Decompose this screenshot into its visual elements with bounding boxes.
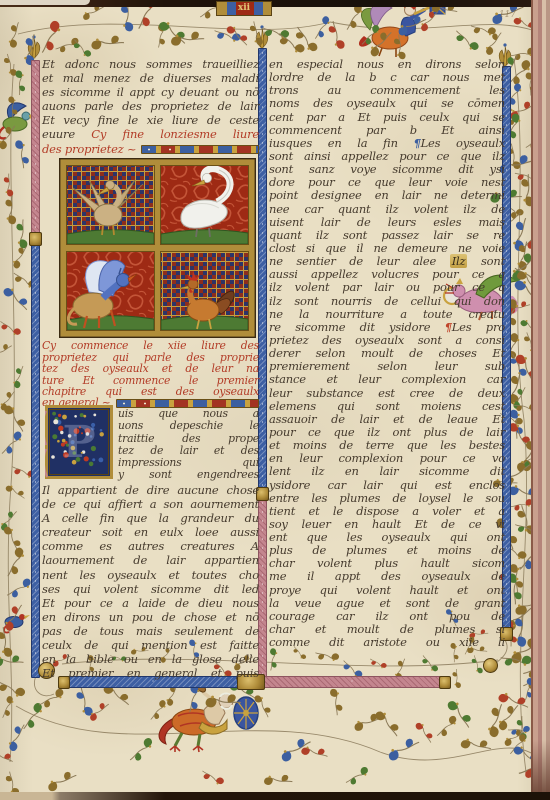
body-text: sont ainsi appellez pour ce que ilz: [269, 149, 505, 163]
body-text: courage car ilz ont pou de: [269, 609, 505, 623]
body-text: et moins de terre que les bestes: [269, 438, 505, 452]
gold-knot: [29, 232, 42, 246]
text-line: dore pour ce que leur voie nest: [269, 175, 505, 188]
text-line: ne la nourriture a toute creatu: [269, 307, 505, 320]
text-line: auons parle des proprietez de lair: [42, 99, 259, 113]
body-text: ¶: [445, 320, 452, 334]
body-text: char et moult de plumes si: [269, 622, 505, 636]
body-text: tient et le dispose a voler et a: [269, 504, 505, 518]
body-text: ¶: [413, 136, 420, 150]
body-text: nent les oyseaulx et toutes cho: [42, 568, 259, 582]
body-text: comme dit aristote ou xiie li: [269, 635, 505, 649]
body-text: entre les plumes de loysel le sou: [269, 491, 505, 505]
rubric-text: des proprietez ~: [42, 142, 136, 156]
text-line: soy leuer en hault Et de ce vi: [269, 517, 505, 530]
body-text: commencent par b Et ainsi: [269, 123, 505, 137]
text-line: trons au commencement les: [269, 83, 505, 96]
body-text: trons au commencement les: [269, 83, 505, 97]
text-line: en leur complexion pour ce vo: [269, 451, 505, 464]
body-text: char volent plus hault sicom: [269, 556, 505, 570]
text-line: en especial nous en dirons selon: [269, 57, 505, 70]
text-line: uis que nous a: [118, 407, 259, 419]
text-line: plus de plumes et moins de: [269, 543, 505, 556]
body-text: A celle fin que la grandeur du: [42, 511, 259, 525]
body-text: noms des oyseaulx qui se cōmen: [269, 96, 505, 110]
body-text: y sont engendrees: [118, 468, 259, 481]
text-line: tient et le dispose a voler et a: [269, 504, 505, 517]
text-line: entre les plumes de loysel le sou: [269, 491, 505, 504]
text-line: ceulx de qui mention est faitte: [42, 638, 259, 652]
text-line: point designee en lair ne determi: [269, 188, 505, 201]
initial-foliage-dot: [52, 434, 57, 439]
ivy-leaf-ornament: [413, 718, 436, 745]
miniature: [59, 158, 256, 342]
ivy-leaf-ornament: [513, 519, 541, 538]
ivy-leaf-ornament: [263, 772, 293, 787]
ivy-leaf-ornament: [132, 0, 162, 33]
body-text: la veue ague et sont de grant: [269, 596, 505, 610]
ivy-leaf-ornament: [3, 481, 27, 502]
body-text: euure: [42, 127, 91, 141]
text-line: char volent plus hault sicom: [269, 556, 505, 569]
ivy-leaf-ornament: [9, 364, 27, 390]
ivy-leaf-ornament: [14, 69, 26, 95]
text-line: Et pour ce a laide de dieu nous: [42, 596, 259, 610]
text-line: euure Cy fine lonziesme liure: [42, 127, 259, 141]
body-text: ceulx de qui mention est faitte: [42, 638, 259, 652]
ivy-leaf-ornament: [199, 766, 226, 789]
body-text: es sicomme il appt cy deuant ou nō: [42, 85, 259, 99]
body-text: Les oyseaulx: [421, 136, 505, 150]
ivy-leaf-ornament: [419, 653, 441, 676]
text-line: en la bible ou en la glose delle: [42, 652, 259, 666]
body-text: Et pour ce a laide de dieu nous: [42, 596, 259, 610]
ivy-leaf-ornament: [0, 282, 33, 315]
body-text: de ce qui affiert a son aournement: [42, 497, 259, 511]
text-line: Et vecy fine le xie liure de ceste: [42, 113, 259, 127]
body-text: auons parle des proprietez de lair: [42, 99, 259, 113]
body-text: uis que nous a: [118, 407, 259, 420]
text-line: comme dit aristote ou xiie li: [269, 635, 505, 648]
text-line: proye qui volent hault et ont: [269, 583, 505, 596]
ivy-leaf-ornament: [0, 626, 15, 660]
initial-foliage-dot: [58, 414, 61, 417]
initial-foliage-dot: [100, 432, 104, 436]
body-text: et mal menez de diuerses maladi: [42, 71, 259, 85]
body-text: lent ilz en lair sicomme dit: [269, 464, 505, 478]
ivy-leaf-ornament: [5, 21, 24, 50]
text-line: re sicomme dit ysidore ¶Les pro: [269, 320, 505, 333]
text-line: lordre de la b c car nous met: [269, 70, 505, 83]
text-line: ne sentier de leur alee Ilz sont: [269, 254, 505, 267]
body-text: aussi appellez volucres pour ce q: [269, 267, 505, 281]
ivy-leaf-ornament: [15, 219, 30, 249]
body-text: createur soit en eulx loee aussi: [42, 525, 259, 539]
line-filler-ornament: [141, 145, 259, 154]
text-line: premierement selon leur sub: [269, 359, 505, 372]
manuscript-page: P Et adonc nous sommes traueilliezet mal…: [0, 0, 550, 800]
center-border-bar-blue: [258, 48, 267, 490]
ivy-leaf-ornament: [0, 317, 23, 340]
body-text: soy leuer en hault Et de ce vi: [269, 517, 505, 531]
body-text: nee car quant ilz volent ilz de: [269, 202, 505, 216]
text-line: ses qui volent sicomme dit led: [42, 582, 259, 596]
body-text: stance et leur complexion car: [269, 372, 505, 386]
ivy-leaf-ornament: [521, 331, 540, 357]
initial-side-text: uis que nous auons depeschie letraittie …: [118, 407, 259, 481]
ivy-leaf-ornament: [518, 315, 543, 337]
body-text: cent par a Et puis ceulx qui se: [269, 110, 505, 124]
text-line: tez des oyseaulx et de leur na: [42, 362, 259, 374]
text-line: aussi appellez volucres pour ce q: [269, 267, 505, 280]
ivy-leaf-ornament: [458, 734, 492, 755]
chapter-rubric: Cy commence le xiie liure desproprietez …: [42, 339, 259, 409]
body-text: Et premier en general et puis: [42, 666, 259, 680]
text-line: chapitre qui est des oyseaulx: [42, 385, 259, 397]
initial-foliage-dot: [57, 440, 60, 443]
ivy-leaf-ornament: [510, 497, 535, 512]
text-line: leur substance est cree de deux: [269, 386, 505, 399]
ivy-leaf-ornament: [18, 699, 48, 733]
text-line: pas de tous mais seulement de: [42, 624, 259, 638]
illuminated-initial: P: [45, 405, 113, 479]
body-text: ne la nourriture a toute creatu: [269, 307, 505, 321]
text-line: ilz volent par lair ou pour ce q: [269, 280, 505, 293]
initial-foliage-dot: [93, 414, 96, 417]
pelican-panel: [67, 166, 154, 244]
body-text: clost si que il ne demeure ne voie: [269, 241, 505, 255]
body-text: en la bible ou en la glose delle: [42, 652, 259, 666]
text-line: laournement de lair appartien: [42, 553, 259, 567]
text-line: uisent lair de leurs esles mais: [269, 215, 505, 228]
text-line: en dirons un pou de chose et nō: [42, 610, 259, 624]
text-line: courage car ilz ont pou de: [269, 609, 505, 622]
body-text: elemens qui sont moiens cest: [269, 399, 505, 413]
text-line: me il appt des oyseaulx de: [269, 569, 505, 582]
initial-foliage-dot: [52, 412, 56, 416]
initial-foliage-dot: [53, 419, 58, 424]
text-line: Et premier en general et puis: [42, 666, 259, 680]
text-line: et moins de terre que les bestes: [269, 438, 505, 451]
body-text: Et vecy fine le xie liure de ceste: [42, 113, 259, 127]
ivy-leaf-ornament: [314, 648, 341, 665]
text-line: A celle fin que la grandeur du: [42, 511, 259, 525]
text-line: de ce qui affiert a son aournement: [42, 497, 259, 511]
initial-letter: P: [62, 417, 95, 468]
body-text: uisent lair de leurs esles mais: [269, 215, 505, 229]
text-line: y sont engendrees: [118, 468, 259, 480]
body-text: pas de tous mais seulement de: [42, 624, 259, 638]
bottom-border-bar-pink: [263, 676, 441, 688]
body-text: sont: [467, 254, 505, 268]
body-text: premierement selon leur sub: [269, 359, 505, 373]
ivy-leaf-ornament: [89, 34, 124, 52]
text-line: Et adonc nous sommes traueilliez: [42, 57, 259, 71]
text-line: ilz sont nourris de cellui qui don: [269, 294, 505, 307]
text-line: impressions qui: [118, 456, 259, 468]
ivy-leaf-ornament: [0, 653, 24, 668]
text-line: ent que les oyseaulx qui ont: [269, 530, 505, 543]
folio-number: 117: [499, 10, 516, 20]
rubric-text: Cy fine lonziesme liure: [91, 127, 259, 141]
body-text: laournement de lair appartien: [42, 553, 259, 567]
text-line: sont sanz voye sicomme dit ysi: [269, 162, 505, 175]
text-line: tez de lair et des: [118, 444, 259, 456]
ivy-leaf-ornament: [3, 173, 15, 197]
text-line: noms des oyseaulx qui se cōmen: [269, 96, 505, 109]
swan-panel: [161, 166, 248, 244]
body-text: ysidore car lair qui est enclos: [269, 478, 505, 492]
left-border-bar-blue: [31, 243, 40, 678]
body-text: derer selon moult de choses Et: [269, 346, 505, 360]
rooster-panel: [161, 252, 248, 330]
text-line: et mal menez de diuerses maladi: [42, 71, 259, 85]
body-text: uons depeschie le: [118, 419, 259, 432]
text-line: derer selon moult de choses Et: [269, 346, 505, 359]
body-text: sont sanz voye sicomme dit ysi: [269, 162, 505, 176]
body-text: Ilz: [450, 254, 468, 268]
body-text: re sicomme dit ysidore: [269, 320, 445, 334]
body-text: ilz volent par lair ou pour ce q: [269, 280, 505, 294]
text-line: Il appartient de dire aucune chose: [42, 483, 259, 497]
running-title-plaque: xii: [216, 1, 272, 16]
text-line: char et moult de plumes si: [269, 622, 505, 635]
text-line: createur soit en eulx loee aussi: [42, 525, 259, 539]
ivy-leaf-ornament: [433, 713, 461, 741]
ivy-leaf-ornament: [126, 734, 158, 765]
text-line: sont ainsi appellez pour ce que ilz: [269, 149, 505, 162]
ivy-leaf-ornament: [169, 30, 205, 48]
ivy-leaf-ornament: [343, 764, 372, 788]
ivy-leaf-ornament: [3, 770, 21, 798]
text-line: ture Et commence le premier: [42, 374, 259, 386]
text-line: stance et leur complexion car: [269, 372, 505, 385]
text-line: comme es autres creatures A: [42, 539, 259, 553]
body-text: traittie des prope: [118, 432, 259, 445]
body-text: ent que les oyseaulx qui ont: [269, 530, 505, 544]
ivy-leaf-ornament: [444, 695, 476, 731]
ivy-leaf-ornament: [266, 647, 280, 672]
body-text: en leur complexion pour ce vo: [269, 451, 505, 465]
ivy-leaf-ornament: [2, 544, 30, 580]
text-line: prietez des oyseaulx sont a consi: [269, 333, 505, 346]
ivy-leaf-ornament: [328, 687, 344, 716]
body-text: ne sentier de leur alee: [269, 254, 450, 268]
body-text: point designee en lair ne determi: [269, 188, 505, 202]
ivy-leaf-ornament: [120, 1, 135, 33]
ivy-leaf-ornament: [524, 71, 537, 96]
ivy-leaf-ornament: [0, 675, 28, 702]
left-border-bar-pink: [31, 60, 40, 236]
body-text: impressions qui: [118, 456, 259, 469]
text-line: des proprietez ~: [42, 142, 259, 156]
text-line: pour ce que ilz ont plus de lair: [269, 425, 505, 438]
text-line: commencent par b Et ainsi: [269, 123, 505, 136]
left-column-body: Il appartient de dire aucune chosede ce …: [42, 483, 259, 680]
body-text: en dirons un pou de chose et nō: [42, 610, 259, 624]
ivy-leaf-ornament: [8, 243, 31, 271]
text-line: clost si que il ne demeure ne voie: [269, 241, 505, 254]
initial-foliage-dot: [99, 458, 104, 463]
ivy-leaf-ornament: [0, 694, 18, 720]
ivy-leaf-ornament: [451, 669, 462, 690]
body-text: plus de plumes et moins de: [269, 543, 505, 557]
body-text: pour ce que ilz ont plus de lair: [269, 425, 505, 439]
body-text: assauoir de lair et de leaue Et: [269, 412, 505, 426]
body-text: ilz sont nourris de cellui qui don: [269, 294, 505, 308]
center-border-bar-pink: [258, 498, 267, 678]
text-line: ysidore car lair qui est enclos: [269, 478, 505, 491]
text-line: iusques en la fin ¶Les oyseaulx: [269, 136, 505, 149]
body-text: proye qui volent hault et ont: [269, 583, 505, 597]
text-line: assauoir de lair et de leaue Et: [269, 412, 505, 425]
text-line: la veue ague et sont de grant: [269, 596, 505, 609]
ivy-leaf-ornament: [483, 702, 509, 741]
ivy-leaf-ornament: [510, 740, 543, 769]
ivy-leaf-ornament: [520, 667, 550, 693]
gold-ball-ornament: [483, 658, 498, 673]
body-text: Et adonc nous sommes traueilliez: [42, 57, 259, 71]
ivy-leaf-ornament: [274, 28, 308, 58]
text-line: cent par a Et puis ceulx qui se: [269, 110, 505, 123]
body-text: lordre de la b c car nous met: [269, 70, 505, 84]
body-text: quant ilz sont passez lair se re: [269, 228, 505, 242]
text-line: nent les oyseaulx et toutes cho: [42, 568, 259, 582]
body-text: tez de lair et des: [118, 444, 259, 457]
body-text: Il appartient de dire aucune chose: [42, 483, 259, 497]
ivy-leaf-ornament: [368, 655, 389, 671]
ivy-leaf-ornament: [147, 697, 171, 723]
text-line: proprietez qui parle des proprie: [42, 351, 259, 363]
body-text: Les pro: [452, 320, 505, 334]
ivy-leaf-ornament: [13, 138, 31, 169]
text-line: elemens qui sont moiens cest: [269, 399, 505, 412]
ivy-leaf-ornament: [523, 127, 550, 153]
text-line: quant ilz sont passez lair se re: [269, 228, 505, 241]
initial-foliage-dot: [100, 429, 103, 432]
body-text: iusques en la fin: [269, 136, 413, 150]
body-text: prietez des oyseaulx sont a consi: [269, 333, 505, 347]
body-text: comme es autres creatures A: [42, 539, 259, 553]
running-title: xii: [217, 3, 271, 14]
ivy-leaf-ornament: [0, 341, 14, 362]
text-line: uons depeschie le: [118, 419, 259, 431]
body-text: dore pour ce que leur voie nest: [269, 175, 505, 189]
left-column-intro: Et adonc nous sommes traueilliezet mal m…: [42, 57, 259, 156]
body-text: leur substance est cree de deux: [269, 386, 505, 400]
text-line: lent ilz en lair sicomme dit: [269, 464, 505, 477]
griffin-panel: [67, 252, 154, 330]
initial-foliage-dot: [51, 455, 55, 459]
text-line: es sicomme il appt cy deuant ou nō: [42, 85, 259, 99]
ivy-leaf-ornament: [79, 2, 105, 23]
right-column: en especial nous en dirons selonlordre d…: [269, 57, 505, 648]
body-text: ses qui volent sicomme dit led: [42, 582, 259, 596]
text-line: nee car quant ilz volent ilz de: [269, 202, 505, 215]
body-text: en especial nous en dirons selon: [269, 57, 505, 71]
text-line: traittie des prope: [118, 432, 259, 444]
ivy-leaf-ornament: [372, 705, 404, 740]
body-text: me il appt des oyseaulx de: [269, 569, 505, 583]
ivy-leaf-ornament: [44, 768, 79, 795]
gold-knot: [439, 676, 451, 689]
